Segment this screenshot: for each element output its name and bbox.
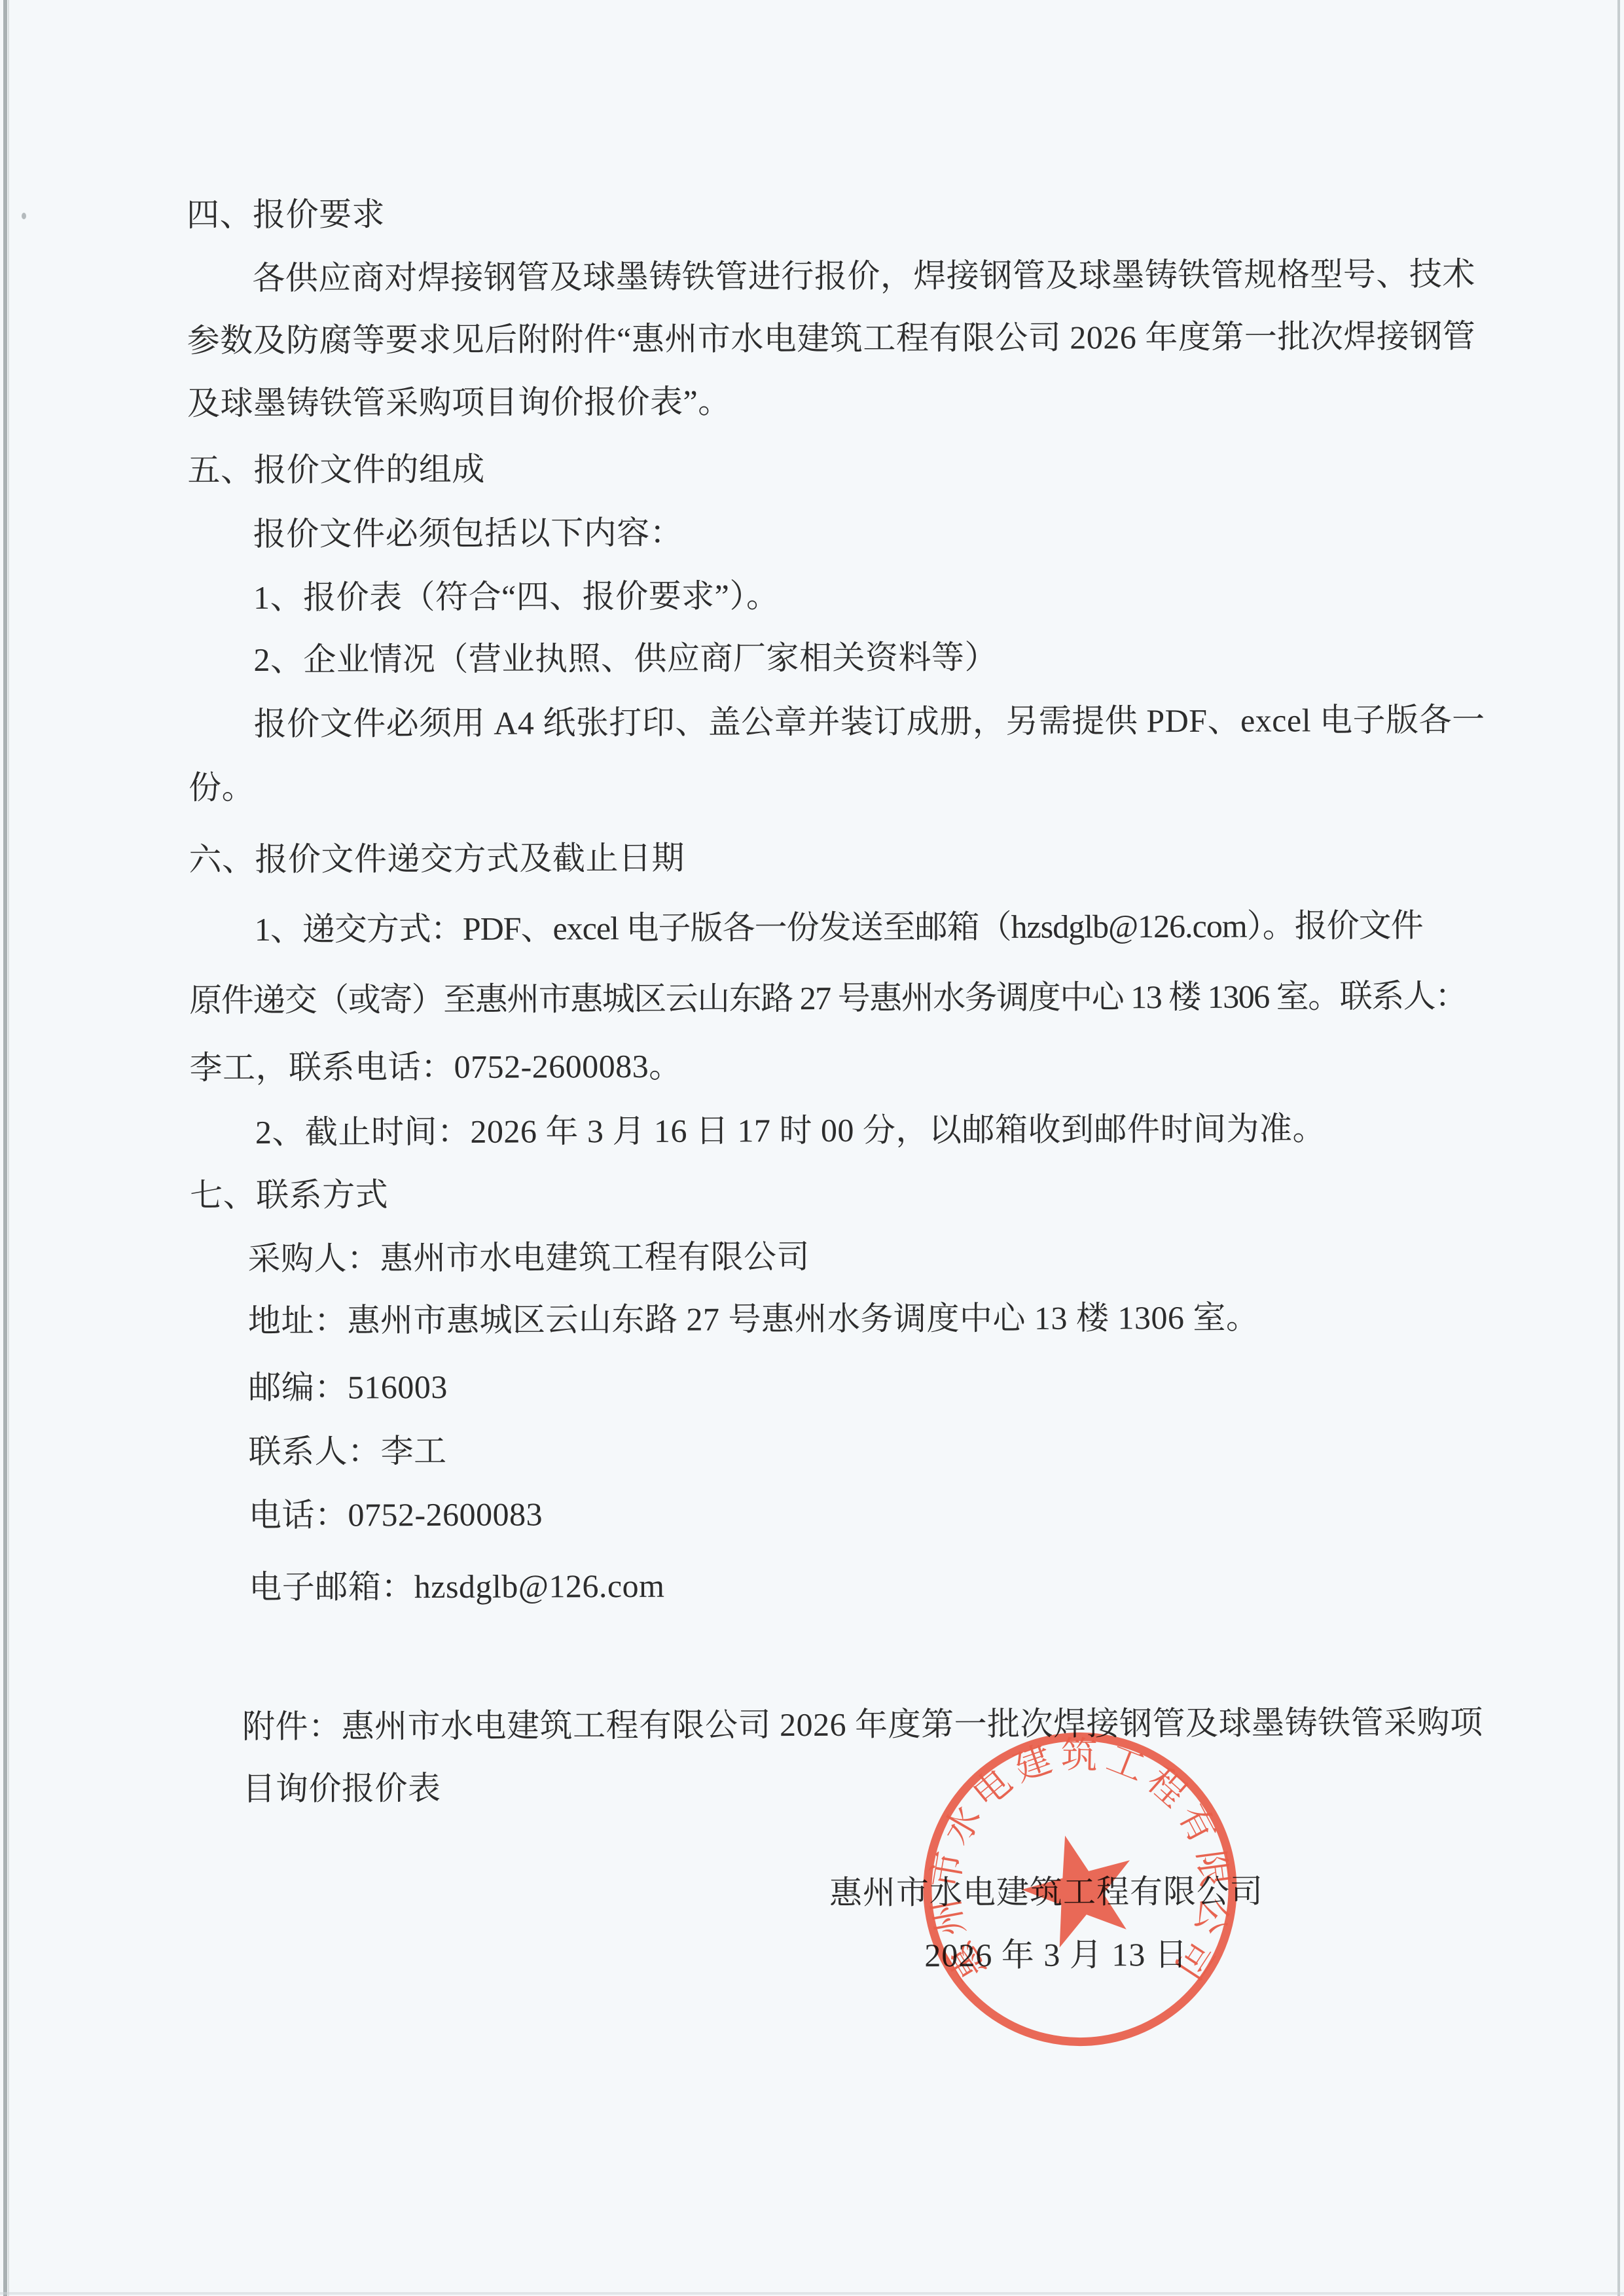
scan-speck [22,213,26,219]
para-submission-line-1: 1、递交方式：PDF、excel 电子版各一份发送至邮箱（hzsdglb@126… [255,906,1423,949]
heading-section-five: 五、报价文件的组成 [187,450,485,490]
para-submission-line-3: 李工，联系电话：0752-2600083。 [189,1047,681,1088]
para-deadline: 2、截止时间：2026 年 3 月 16 日 17 时 00 分，以邮箱收到邮件… [255,1109,1326,1152]
scan-edge-bottom-line [0,2292,1624,2295]
scan-edge-right-line [1617,0,1620,2296]
attachment-line-1: 附件：惠州市水电建筑工程有限公司 2026 年度第一批次焊接钢管及球墨铸铁管采购… [242,1702,1483,1746]
contact-postcode: 邮编：516003 [248,1367,448,1407]
seal-star-icon [1011,1821,1147,1953]
para-quote-requirement-line-3: 及球墨铸铁管采购项目询价报价表”。 [187,382,731,423]
contact-purchaser: 采购人：惠州市水电建筑工程有限公司 [247,1237,810,1278]
para-quote-requirement-line-2: 参数及防腐等要求见后附附件“惠州市水电建筑工程有限公司 2026 年度第一批次焊… [187,316,1476,360]
scanned-document-page: 四、报价要求 各供应商对焊接钢管及球墨铸铁管进行报价，焊接钢管及球墨铸铁管规格型… [0,0,1624,2296]
contact-address: 地址：惠州市惠城区云山东路 27 号惠州水务调度中心 13 楼 1306 室。 [248,1298,1259,1340]
contact-person: 联系人：李工 [249,1431,447,1471]
list-item-company-info: 2、企业情况（营业执照、供应商厂家相关资料等） [253,637,998,679]
attachment-line-2: 目询价报价表 [242,1768,441,1808]
contact-email: 电子邮箱：hzsdglb@126.com [249,1566,664,1607]
list-item-quote-table: 1、报价表（符合“四、报价要求”）。 [253,576,780,617]
document-content: 四、报价要求 各供应商对焊接钢管及球墨铸铁管进行报价，焊接钢管及球墨铸铁管规格型… [0,0,1624,2296]
heading-section-seven: 七、联系方式 [190,1175,388,1215]
para-quote-requirement-line-1: 各供应商对焊接钢管及球墨铸铁管进行报价，焊接钢管及球墨铸铁管规格型号、技术 [252,254,1475,298]
scan-edge-left-line [3,0,7,2296]
para-submission-line-2: 原件递交（或寄）至惠州市惠城区云山东路 27 号惠州水务调度中心 13 楼 13… [189,977,1467,1020]
para-doc-composition-intro: 报价文件必须包括以下内容： [253,513,683,554]
contact-phone: 电话：0752-2600083 [249,1494,543,1535]
para-print-requirement-line-1: 报价文件必须用 A4 纸张打印、盖公章并装订成册，另需提供 PDF、excel … [254,700,1485,744]
company-seal: 惠州市水电建筑工程有限公司 [909,1719,1251,2060]
heading-section-six: 六、报价文件递交方式及截止日期 [189,838,685,880]
scan-edge-left-shadow [8,0,9,2296]
para-print-requirement-line-2: 份。 [189,768,255,807]
heading-section-four: 四、报价要求 [187,194,385,234]
